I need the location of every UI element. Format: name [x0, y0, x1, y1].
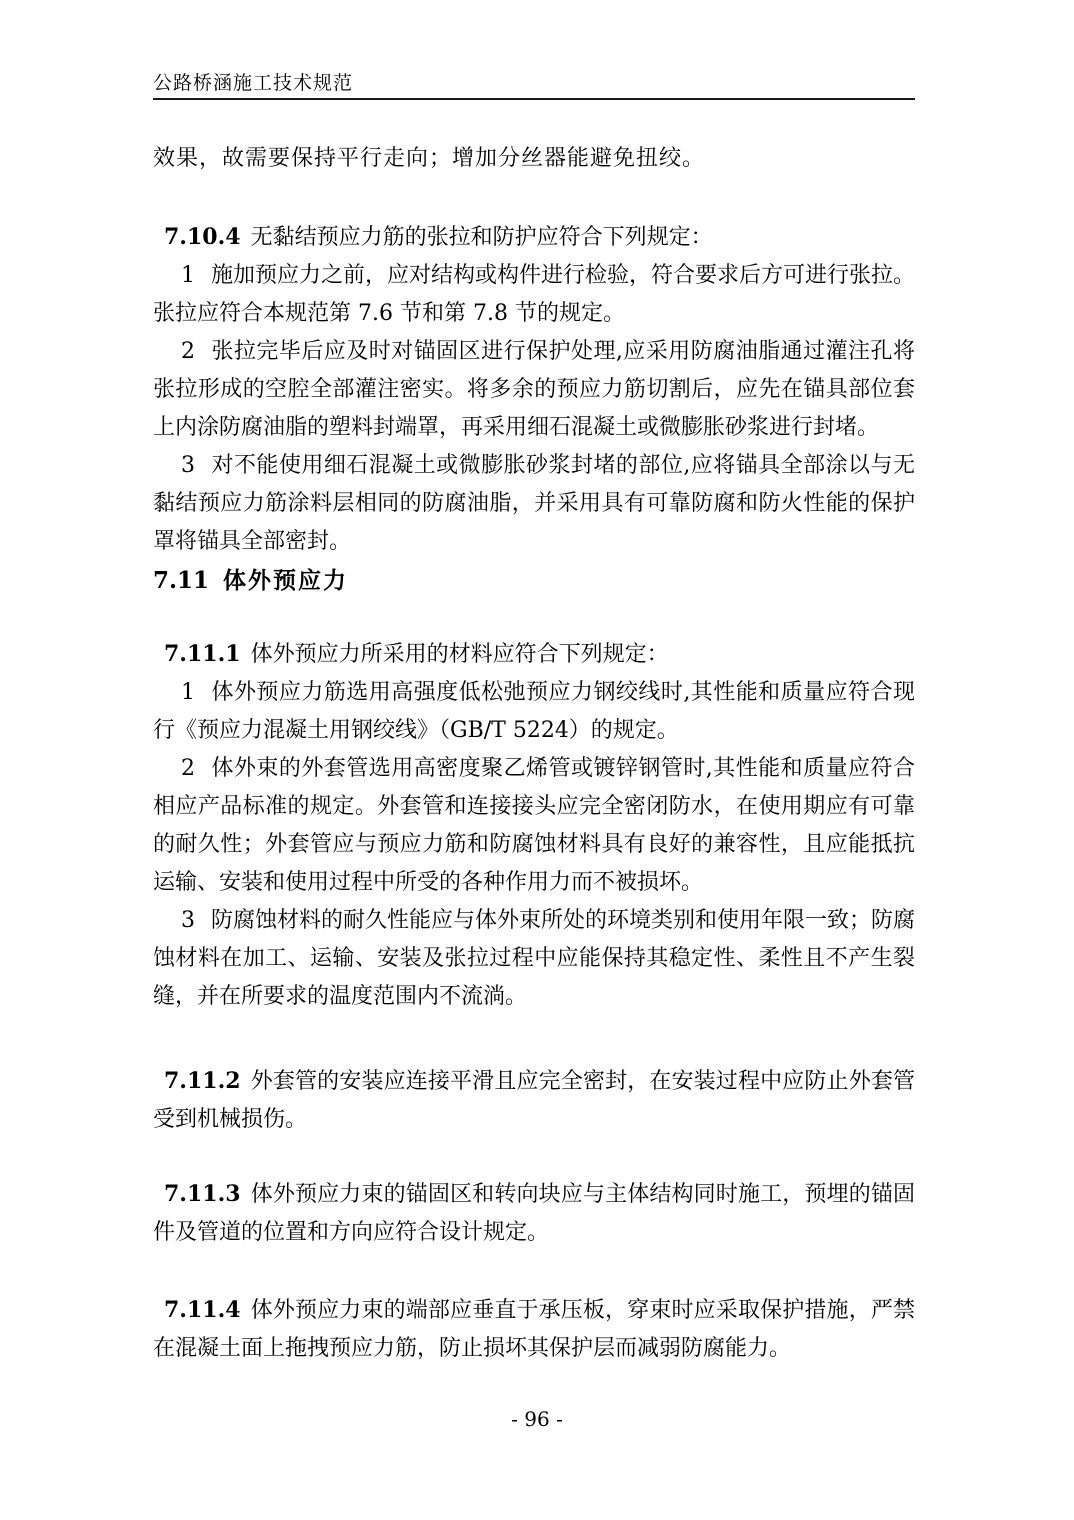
item-text: 体外预应力筋选用高强度低松弛预应力钢绞线时,其性能和质量应符合现行《预应力混凝土… — [153, 680, 915, 743]
page-number: - 96 - — [0, 1406, 1074, 1432]
item-number: 2 — [181, 756, 195, 781]
item-text: 施加预应力之前，应对结构或构件进行检验，符合要求后方可进行张拉。张拉应符合本规范… — [153, 263, 915, 326]
clause-number: 7.11.3 — [164, 1181, 241, 1207]
item-text: 防腐蚀材料的耐久性能应与体外束所处的环境类别和使用年限一致；防腐蚀材料在加工、运… — [153, 908, 915, 1009]
item-text: 体外束的外套管选用高密度聚乙烯管或镀锌钢管时,其性能和质量应符合相应产品标准的规… — [153, 756, 915, 895]
intro-paragraph: 效果，故需要保持平行走向；增加分丝器能避免扭绞。 — [153, 140, 915, 178]
section-heading-7-11: 7.11体外预应力 — [153, 561, 915, 601]
clause-text: 外套管的安装应连接平滑且应完全密封，在安装过程中应防止外套管受到机械损伤。 — [153, 1069, 915, 1132]
clause-7-10-4: 7.10.4无黏结预应力筋的张拉和防护应符合下列规定： — [153, 218, 915, 257]
header-rule — [153, 98, 915, 100]
clause-text: 体外预应力所采用的材料应符合下列规定： — [251, 642, 669, 667]
clause-number: 7.11.1 — [164, 641, 241, 667]
clause-7-11-1-item-2: 2体外束的外套管选用高密度聚乙烯管或镀锌钢管时,其性能和质量应符合相应产品标准的… — [153, 750, 915, 902]
item-number: 3 — [181, 453, 195, 478]
clause-7-11-2: 7.11.2外套管的安装应连接平滑且应完全密封，在安装过程中应防止外套管受到机械… — [153, 1062, 915, 1139]
clause-7-11-1-item-1: 1体外预应力筋选用高强度低松弛预应力钢绞线时,其性能和质量应符合现行《预应力混凝… — [153, 674, 915, 750]
item-number: 3 — [181, 908, 195, 933]
clause-number: 7.10.4 — [164, 224, 241, 250]
clause-text: 体外预应力束的端部应垂直于承压板，穿束时应采取保护措施，严禁在混凝土面上拖拽预应… — [153, 1298, 915, 1361]
item-text: 张拉完毕后应及时对锚固区进行保护处理,应采用防腐油脂通过灌注孔将张拉形成的空腔全… — [153, 339, 915, 440]
page-header: 公路桥涵施工技术规范 — [153, 0, 915, 100]
item-number: 1 — [181, 680, 195, 705]
clause-7-11-1-item-3: 3防腐蚀材料的耐久性能应与体外束所处的环境类别和使用年限一致；防腐蚀材料在加工、… — [153, 902, 915, 1016]
header-title: 公路桥涵施工技术规范 — [153, 71, 915, 95]
clause-7-10-4-item-1: 1施加预应力之前，应对结构或构件进行检验，符合要求后方可进行张拉。张拉应符合本规… — [153, 257, 915, 333]
clause-7-11-1: 7.11.1体外预应力所采用的材料应符合下列规定： — [153, 635, 915, 674]
document-page: 公路桥涵施工技术规范 效果，故需要保持平行走向；增加分丝器能避免扭绞。 7.10… — [0, 0, 1074, 1520]
clause-text: 体外预应力束的锚固区和转向块应与主体结构同时施工，预埋的锚固件及管道的位置和方向… — [153, 1182, 915, 1245]
clause-number: 7.11.2 — [164, 1068, 241, 1094]
clause-7-10-4-item-2: 2张拉完毕后应及时对锚固区进行保护处理,应采用防腐油脂通过灌注孔将张拉形成的空腔… — [153, 333, 915, 447]
clause-7-10-4-item-3: 3对不能使用细石混凝土或微膨胀砂浆封堵的部位,应将锚具全部涂以与无黏结预应力筋涂… — [153, 447, 915, 561]
clause-7-11-4: 7.11.4体外预应力束的端部应垂直于承压板，穿束时应采取保护措施，严禁在混凝土… — [153, 1291, 915, 1368]
item-number: 1 — [181, 263, 195, 288]
item-text: 对不能使用细石混凝土或微膨胀砂浆封堵的部位,应将锚具全部涂以与无黏结预应力筋涂料… — [153, 453, 915, 554]
section-title: 体外预应力 — [223, 568, 348, 594]
clause-text: 无黏结预应力筋的张拉和防护应符合下列规定： — [251, 225, 713, 250]
clause-number: 7.11.4 — [164, 1297, 241, 1323]
clause-7-11-3: 7.11.3体外预应力束的锚固区和转向块应与主体结构同时施工，预埋的锚固件及管道… — [153, 1175, 915, 1252]
section-number: 7.11 — [153, 567, 209, 594]
item-number: 2 — [181, 339, 195, 364]
